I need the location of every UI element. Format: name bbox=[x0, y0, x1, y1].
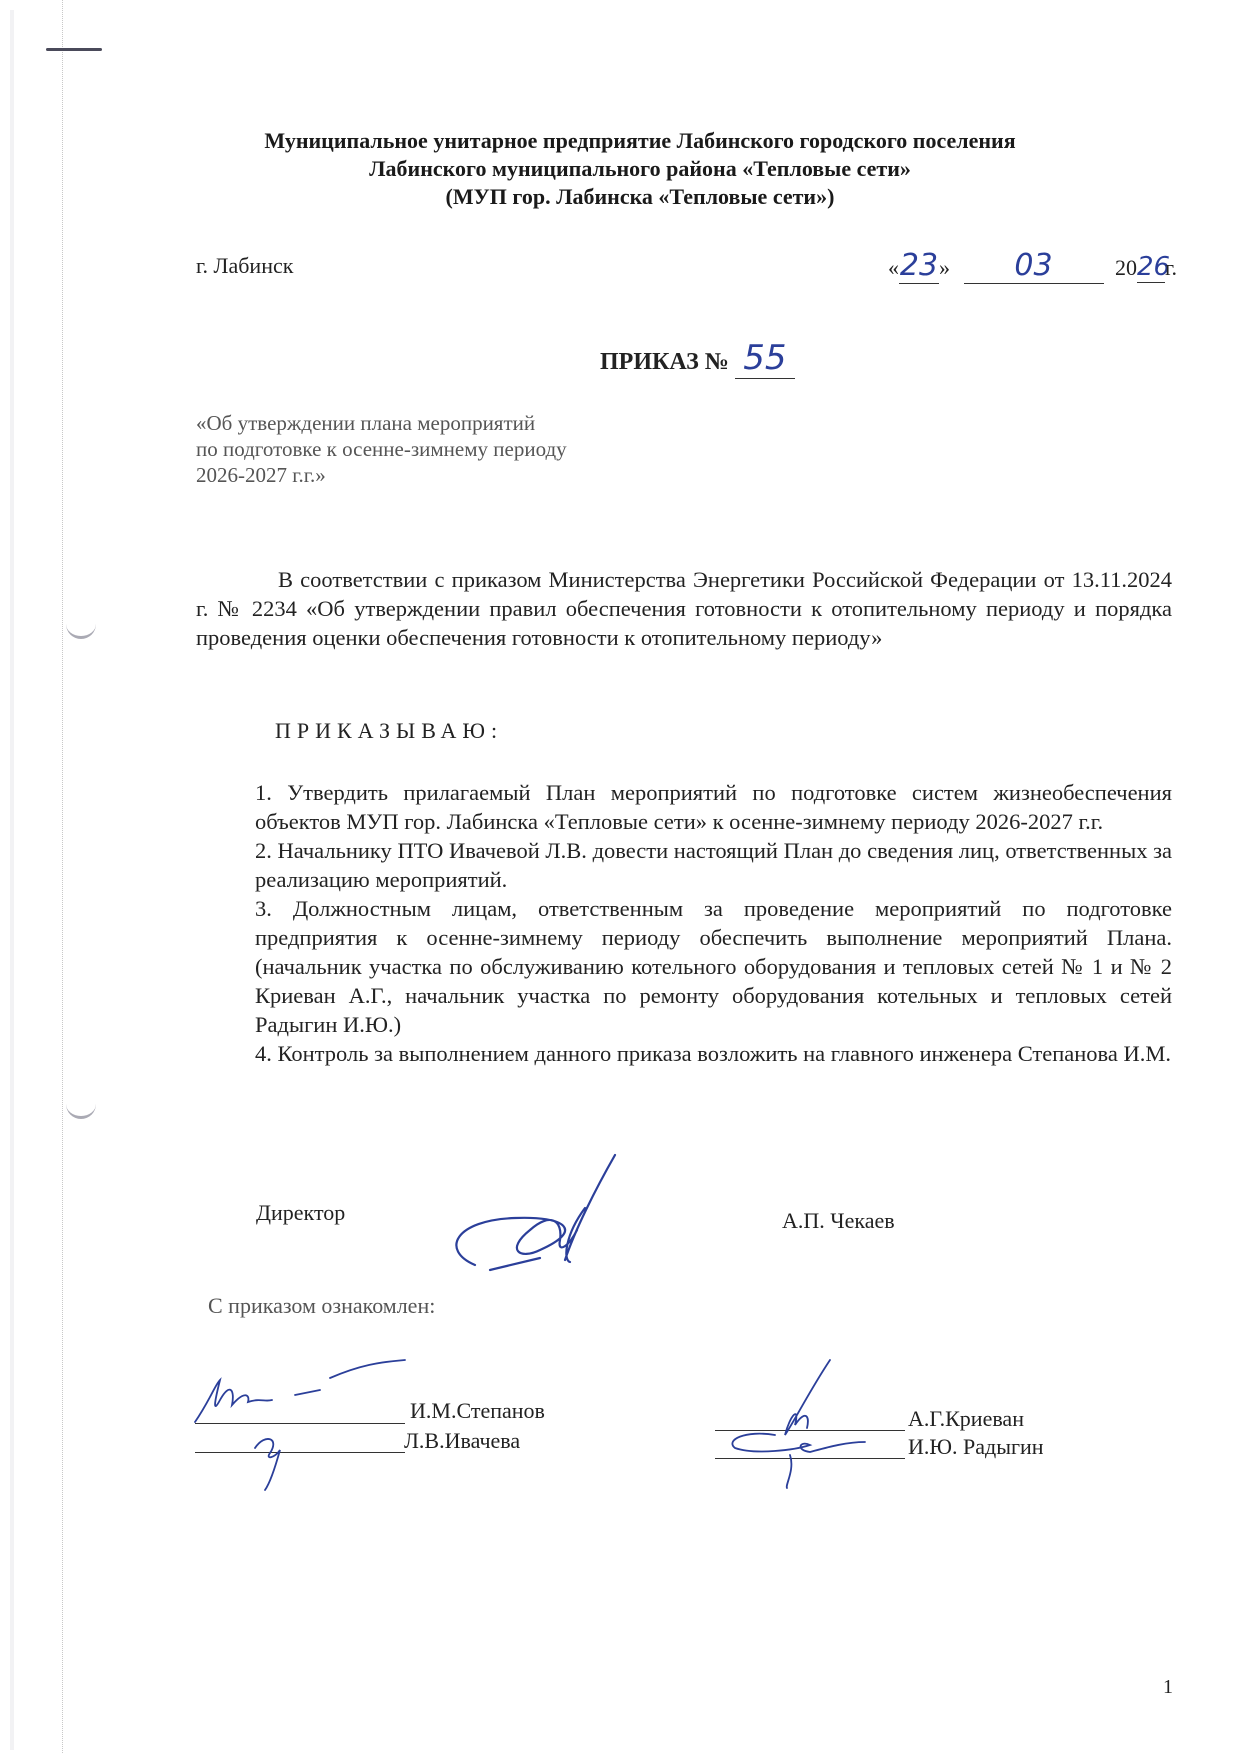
directive-heading: ПРИКАЗЫВАЮ: bbox=[275, 718, 503, 744]
signer-name: И.Ю. Радыгин bbox=[908, 1434, 1044, 1460]
organization-header: Муниципальное унитарное предприятие Лаби… bbox=[190, 127, 1090, 211]
organization-line-1: Муниципальное унитарное предприятие Лаби… bbox=[190, 127, 1090, 155]
signature-line bbox=[195, 1452, 405, 1453]
signer-signature-icon bbox=[190, 1360, 430, 1430]
order-number: 55 bbox=[735, 338, 795, 379]
preamble-paragraph: В соответствии с приказом Министерства Э… bbox=[196, 565, 1172, 652]
order-item: 3. Должностным лицам, ответственным за п… bbox=[255, 894, 1172, 1039]
order-item: 1. Утвердить прилагаемый План мероприяти… bbox=[255, 778, 1172, 836]
organization-line-2: Лабинского муниципального района «Теплов… bbox=[190, 155, 1090, 183]
order-subject: «Об утверждении плана мероприятий по под… bbox=[196, 410, 567, 488]
place: г. Лабинск bbox=[196, 253, 293, 279]
order-item: 4. Контроль за выполнением данного прика… bbox=[255, 1039, 1172, 1068]
page-number: 1 bbox=[1163, 1676, 1173, 1699]
staple-mark bbox=[46, 48, 102, 51]
director-signature-icon bbox=[445, 1150, 675, 1280]
order-title: ПРИКАЗ № 55 bbox=[600, 338, 795, 379]
signer-name: А.Г.Криеван bbox=[908, 1406, 1024, 1432]
subject-line-2: по подготовке к осенне-зимнему периоду bbox=[196, 436, 567, 462]
order-title-label: ПРИКАЗ № bbox=[600, 349, 729, 375]
signer-signature-icon bbox=[715, 1360, 915, 1490]
director-position: Директор bbox=[256, 1200, 345, 1226]
date-year-mark: г. bbox=[1165, 255, 1177, 280]
subject-line-3: 2026-2027 г.г.» bbox=[196, 462, 567, 488]
order-items-list: 1. Утвердить прилагаемый План мероприяти… bbox=[255, 778, 1172, 1068]
order-date: «23» 03 2026г. bbox=[888, 248, 1177, 284]
date-year-suffix: 26 bbox=[1137, 252, 1165, 283]
date-month: 03 bbox=[964, 248, 1104, 284]
order-item: 2. Начальнику ПТО Ивачевой Л.В. довести … bbox=[255, 836, 1172, 894]
director-name: А.П. Чекаев bbox=[782, 1208, 895, 1234]
signer-signature-icon bbox=[240, 1428, 300, 1498]
organization-line-3: (МУП гор. Лабинска «Тепловые сети») bbox=[190, 183, 1090, 211]
punch-hole-mark bbox=[66, 620, 96, 639]
scan-edge bbox=[10, 10, 14, 1750]
date-year-prefix: 20 bbox=[1115, 255, 1137, 280]
binding-margin-line bbox=[62, 0, 64, 1753]
punch-hole-mark bbox=[66, 1100, 96, 1119]
date-quote-open: « bbox=[888, 255, 899, 280]
acknowledgement-label: С приказом ознакомлен: bbox=[208, 1293, 435, 1319]
signer-name: И.М.Степанов bbox=[410, 1398, 545, 1424]
signer-name: Л.В.Ивачева bbox=[404, 1428, 520, 1454]
subject-line-1: «Об утверждении плана мероприятий bbox=[196, 410, 567, 436]
date-day: 23 bbox=[899, 248, 939, 284]
date-quote-close: » bbox=[939, 255, 950, 280]
